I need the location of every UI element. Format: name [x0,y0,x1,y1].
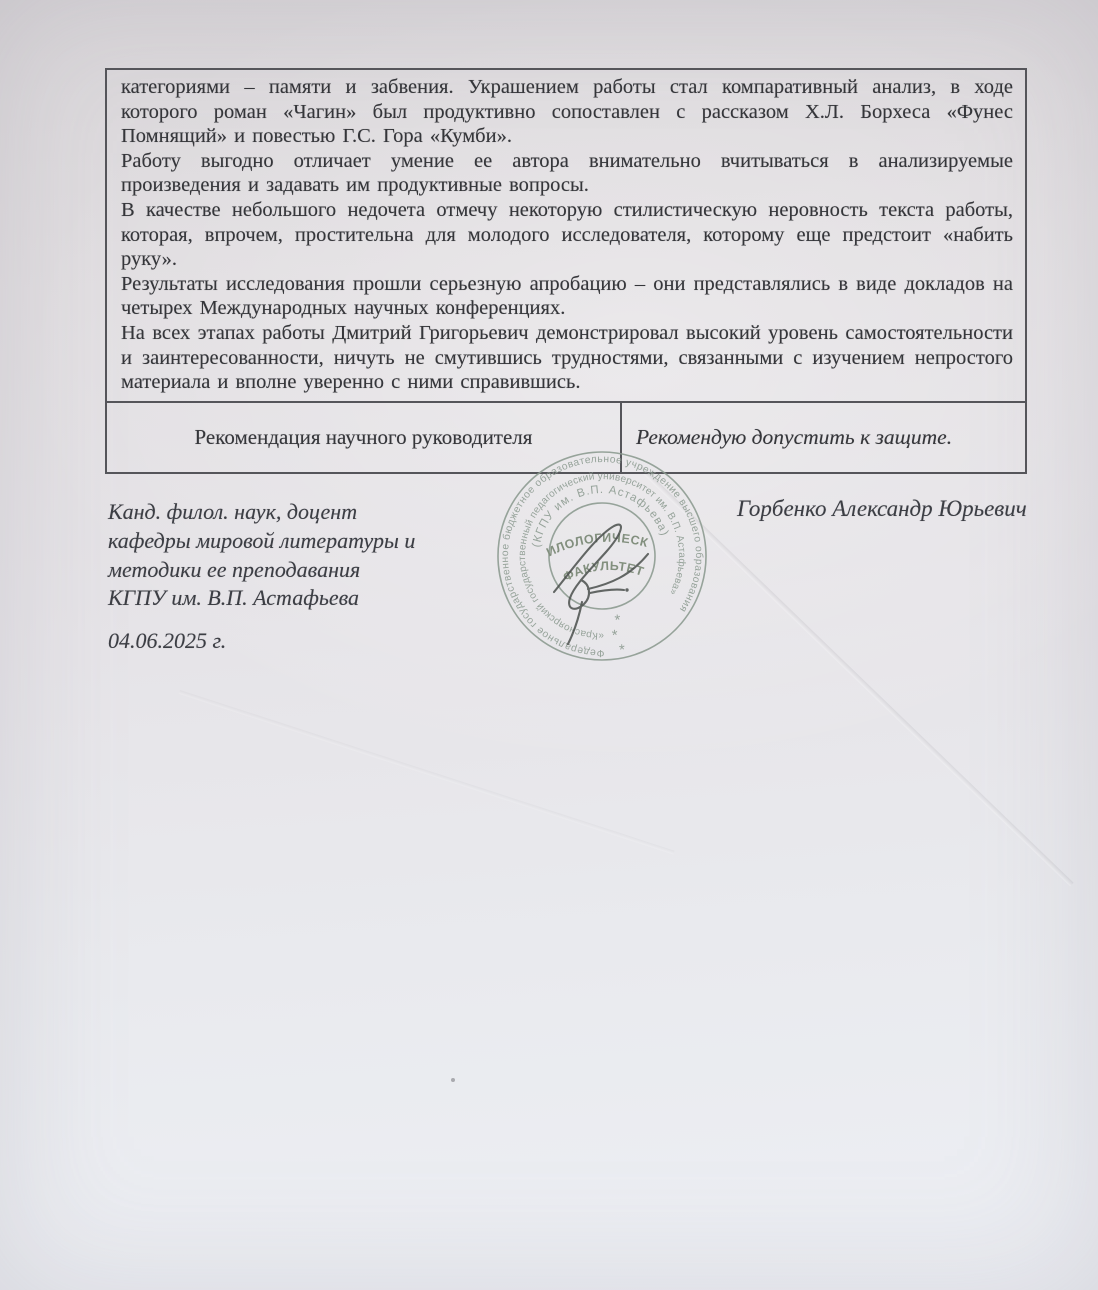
signatory-position-block: Канд. филол. наук, доцент кафедры мирово… [108,498,508,613]
signature-date: 04.06.2025 г. [108,628,226,654]
signatory-position-line: методики ее преподавания [108,556,508,585]
paper-speck [451,1078,455,1082]
review-paragraph: Работу выгодно отличает умение ее автора… [121,149,1013,198]
signatory-name: Горбенко Александр Юрьевич [737,496,1027,522]
review-table: категориями – памяти и забвения. Украшен… [105,68,1027,474]
paper-crease-faint [179,690,675,854]
review-paragraph: категориями – памяти и забвения. Украшен… [121,75,1013,149]
signatory-position-line: Канд. филол. наук, доцент [108,498,508,527]
university-stamp: Федеральное государственное бюджетное об… [478,438,722,682]
stamp-faculty-line2: ФАКУЛЬТЕТ [560,555,647,585]
signatory-position-line: КГПУ им. В.П. Астафьева [108,584,508,613]
signatory-position-line: кафедры мировой литературы и [108,527,508,556]
review-paragraph: На всех этапах работы Дмитрий Григорьеви… [121,321,1013,395]
stamp-asterisk: * [619,641,626,658]
review-paragraph: В качестве небольшого недочета отмечу не… [121,198,1013,272]
document-photo: категориями – памяти и забвения. Украшен… [0,0,1098,1290]
review-text-cell: категориями – памяти и забвения. Украшен… [107,70,1025,401]
review-paragraph: Результаты исследования прошли серьезную… [121,272,1013,321]
